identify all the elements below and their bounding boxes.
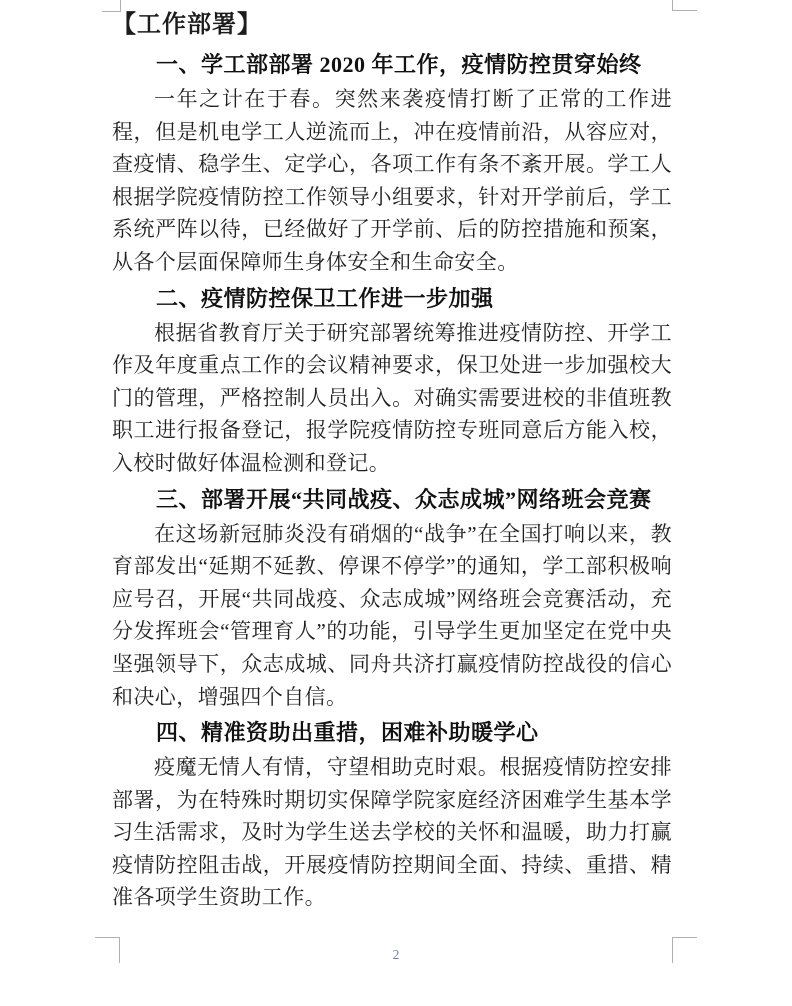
text-area: 【工作部署】 一、学工部部署 2020 年工作，疫情防控贯穿始终 一年之计在于春… — [112, 6, 672, 914]
paragraph-section-1: 一年之计在于春。突然来袭疫情打断了正常的工作进程，但是机电学工人逆流而上，冲在疫… — [112, 83, 672, 279]
heading-section-4: 四、精准资助出重措，困难补助暖学心 — [112, 716, 672, 749]
section-header: 【工作部署】 — [112, 6, 672, 44]
heading-section-3: 三、部署开展“共同战疫、众志成城”网络班会竞赛 — [112, 483, 672, 516]
paragraph-section-4: 疫魔无情人有情，守望相助克时艰。根据疫情防控安排部署，为在特殊时期切实保障学院家… — [112, 751, 672, 914]
paragraph-section-3: 在这场新冠肺炎没有硝烟的“战争”在全国打响以来，教育部发出“延期不延教、停课不停… — [112, 518, 672, 714]
paragraph-section-2: 根据省教育厅关于研究部署统筹推进疫情防控、开学工作及年度重点工作的会议精神要求，… — [112, 317, 672, 480]
heading-section-2: 二、疫情防控保卫工作进一步加强 — [112, 282, 672, 315]
crop-mark-top-right — [672, 0, 697, 11]
heading-section-1: 一、学工部部署 2020 年工作，疫情防控贯穿始终 — [112, 48, 672, 81]
page-number: 2 — [0, 946, 792, 966]
document-page: 【工作部署】 一、学工部部署 2020 年工作，疫情防控贯穿始终 一年之计在于春… — [0, 0, 792, 1006]
